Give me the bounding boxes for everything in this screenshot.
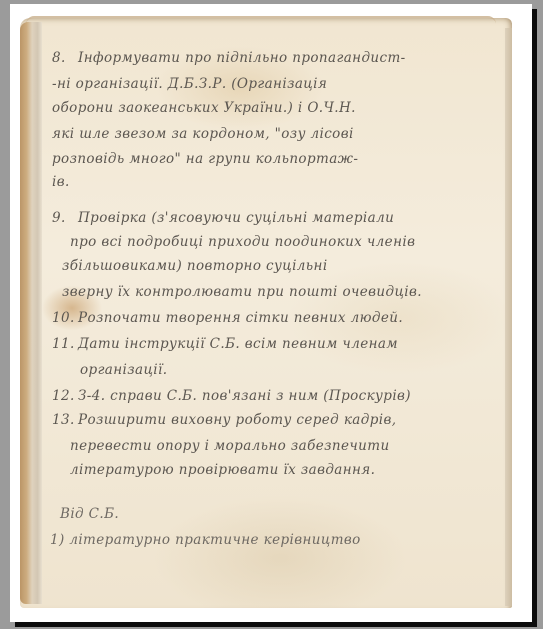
item-9-line-3: збільшовиками) повторно суцільні [62,258,328,274]
item-11-line-2: організації. [80,362,167,378]
page-right-edge [505,28,512,606]
notebook-binding [20,22,42,604]
item-number: 8. [52,50,78,66]
item-9-line-2: про всі подробиці приходи поодиноких чле… [70,234,415,250]
footer-heading: Від С.Б. [60,506,119,522]
item-9-line-1: 9.Провірка (з'ясовуючи суцільні матеріал… [52,210,394,226]
page-top-edge [26,16,496,24]
item-8-line-3: оборони заокеанських України.) і О.Ч.Н. [52,100,356,116]
item-number: 12. [52,388,78,404]
item-13-line-3: літературою провірювати їх завдання. [70,462,375,478]
item-8-line-6: ів. [52,174,70,190]
item-12-line-1: 12.З-4. справи С.Б. пов'язані з ним (Про… [52,388,411,404]
item-8-line-4: які шле звезом за кордоном, "озу лісові [52,126,354,142]
item-number: 9. [52,210,78,226]
item-number: 11. [52,336,78,352]
item-13-line-2: перевести опору і морально забезпечити [70,438,390,454]
item-number: 10. [52,310,78,326]
item-8-line-2: -ні організації. Д.Б.З.Р. (Організація [52,76,327,92]
item-10-line-1: 10.Розпочати творення сітки певних людей… [52,310,403,326]
item-9-line-4: зверну їх контролювати при пошті очевидц… [62,284,422,300]
footer-line-1: 1) літературно практичне керівництво [50,532,361,548]
item-8-line-5: розповідь много" на групи кольпортаж- [52,151,358,167]
item-8-line-1: 8.Інформувати про підпільно пропагандист… [52,50,406,66]
item-13-line-1: 13.Розширити виховну роботу серед кадрів… [52,412,396,428]
item-number: 13. [52,412,78,428]
item-11-line-1: 11.Дати інструкції С.Б. всім певним член… [52,336,398,352]
